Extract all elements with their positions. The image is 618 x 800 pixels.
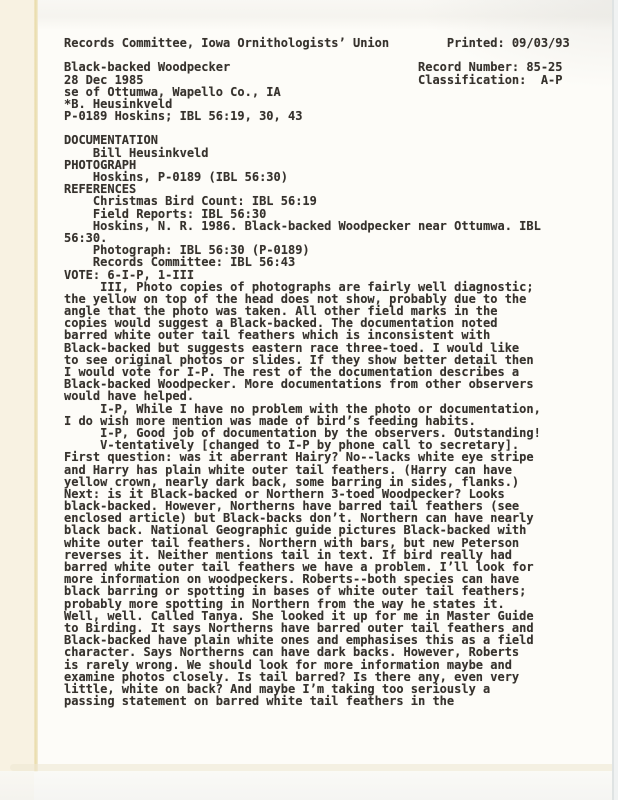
scan-left-margin [0,0,34,800]
scan-below-page-strip [0,771,618,800]
text-line: black barring or spotting in bases of wh… [64,585,570,597]
text-line: Hoskins, N. R. 1986. Black-backed Woodpe… [64,220,570,232]
text-line: Field Reports: IBL 56:30 [64,208,570,220]
page-bottom-edge [10,764,618,771]
text-line: is rarely wrong. We should look for more… [64,659,570,671]
text-line: VOTE: 6-I-P, 1-III [64,269,570,281]
text-line: barred white outer tail feathers which i… [64,329,570,341]
text-line: 28 Dec 1985 Classification: A-P [64,74,570,86]
text-line: P-0189 Hoskins; IBL 56:19, 30, 43 [64,110,570,122]
text-line: Hoskins, P-0189 (IBL 56:30) [64,171,570,183]
text-line: probably more spotting in Northern from … [64,598,570,610]
text-line: Christmas Bird Count: IBL 56:19 [64,195,570,207]
text-line: First question: was it aberrant Hairy? N… [64,451,570,463]
text-line: Records Committee, Iowa Ornithologists’ … [64,37,570,49]
text-line: Black-backed Woodpecker Record Number: 8… [64,61,570,73]
text-line: passing statement on barred white tail f… [64,695,570,707]
scan-right-margin [614,0,618,800]
text-line: DOCUMENTATION [64,134,570,146]
typewritten-text-block: Records Committee, Iowa Ornithologists’ … [64,37,570,707]
text-line: character. Says Northerns can have dark … [64,646,570,658]
scanned-document: Records Committee, Iowa Ornithologists’ … [0,0,618,800]
page-left-edge-line [34,0,38,772]
text-line: Bill Heusinkveld [64,147,570,159]
text-line: black back. National Geographic guide pi… [64,524,570,536]
text-line: and Harry has plain white outer tail fea… [64,464,570,476]
text-line: Records Committee: IBL 56:43 [64,256,570,268]
text-line: I-P, While I have no problem with the ph… [64,403,570,415]
text-line: would have helped. [64,390,570,402]
